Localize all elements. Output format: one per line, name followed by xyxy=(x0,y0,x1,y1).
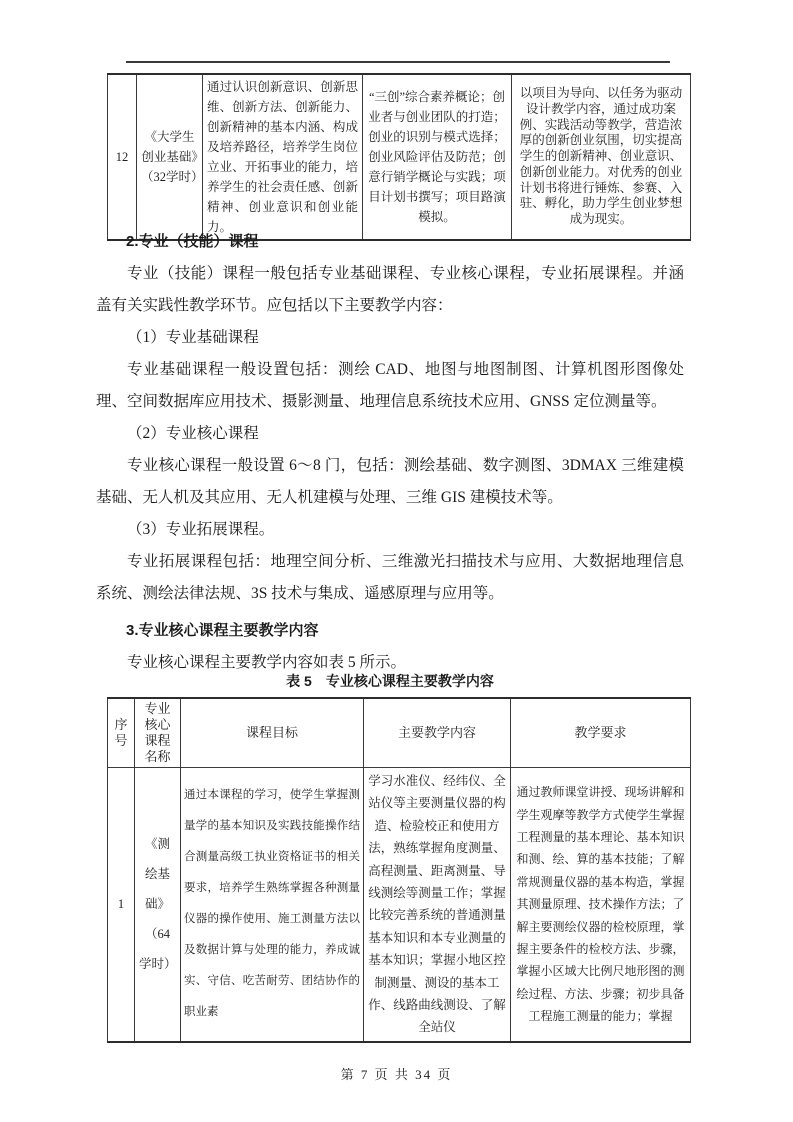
list-item-1-text: 专业基础课程一般设置包括：测绘 CAD、地图与地图制图、计算机图形图像处理、空间… xyxy=(96,354,684,418)
row-number-cell: 1 xyxy=(108,768,135,1042)
core-courses-table: 序号 专业核心课程名称 课程目标 主要教学内容 教学要求 1 《测绘基础》（64… xyxy=(107,697,691,1043)
page-number: 第 7 页 共 34 页 xyxy=(0,1064,793,1083)
course-name-cell: 《测绘基础》（64学时） xyxy=(135,768,181,1042)
list-item-3-title: （3）专业拓展课程。 xyxy=(96,514,684,546)
course-objective-cell: 通过本课程的学习，使学生掌握测量学的基本知识及实践技能操作结合测量高级工执业资格… xyxy=(181,768,364,1042)
header-content: 主要教学内容 xyxy=(364,698,511,768)
course-name-cell: 《大学生创业基础》（32学时） xyxy=(137,74,203,240)
section-3-block: 3.专业核心课程主要教学内容 专业核心课程主要教学内容如表 5 所示。 xyxy=(96,615,684,679)
section-heading-2: 2.专业（技能）课程 xyxy=(96,226,684,258)
header-objective: 课程目标 xyxy=(181,698,364,768)
table-row: 1 《测绘基础》（64学时） 通过本课程的学习，使学生掌握测量学的基本知识及实践… xyxy=(108,768,691,1042)
paragraph-intro: 专业（技能）课程一般包括专业基础课程、专业核心课程，专业拓展课程。并涵盖有关实践… xyxy=(96,258,684,322)
table-header-row: 序号 专业核心课程名称 课程目标 主要教学内容 教学要求 xyxy=(108,698,691,768)
teaching-requirement-cell: 以项目为导向、以任务为驱动设计教学内容，通过成功案例、实践活动等教学，营造浓厚的… xyxy=(512,74,691,240)
teaching-requirement-cell: 通过教师课堂讲授、现场讲解和学生观摩等教学方式使学生掌握工程测量的基本理论、基本… xyxy=(511,768,691,1042)
header-requirement: 教学要求 xyxy=(511,698,691,768)
teaching-content-cell: “三创”综合素养概论；创业者与创业团队的打造；创业的识别与模式选择；创业风险评估… xyxy=(363,74,512,240)
teaching-content-cell: 学习水准仪、经纬仪、全站仪等主要测量仪器的构造、检验校正和使用方法，熟练掌握角度… xyxy=(364,768,511,1042)
header-no: 序号 xyxy=(108,698,135,768)
header-rule xyxy=(126,61,670,63)
document-page: 12 《大学生创业基础》（32学时） 通过认识创新意识、创新思维、创新方法、创新… xyxy=(0,0,793,1122)
header-course: 专业核心课程名称 xyxy=(135,698,181,768)
table5-caption: 表 5 专业核心课程主要教学内容 xyxy=(96,671,684,691)
table-row: 12 《大学生创业基础》（32学时） 通过认识创新意识、创新思维、创新方法、创新… xyxy=(108,74,691,240)
row-number-cell: 12 xyxy=(108,74,137,240)
section-heading-3: 3.专业核心课程主要教学内容 xyxy=(96,615,684,647)
list-item-2-title: （2）专业核心课程 xyxy=(96,418,684,450)
list-item-3-text: 专业拓展课程包括：地理空间分析、三维激光扫描技术与应用、大数据地理信息系统、测绘… xyxy=(96,546,684,610)
body-text: 2.专业（技能）课程 专业（技能）课程一般包括专业基础课程、专业核心课程，专业拓… xyxy=(96,226,684,610)
list-item-2-text: 专业核心课程一般设置 6～8 门，包括：测绘基础、数字测图、3DMAX 三维建模… xyxy=(96,450,684,514)
courses-table-continued: 12 《大学生创业基础》（32学时） 通过认识创新意识、创新思维、创新方法、创新… xyxy=(107,73,691,241)
list-item-1-title: （1）专业基础课程 xyxy=(96,322,684,354)
course-objective-cell: 通过认识创新意识、创新思维、创新方法、创新能力、创新精神的基本内涵、构成及培养路… xyxy=(203,74,363,240)
